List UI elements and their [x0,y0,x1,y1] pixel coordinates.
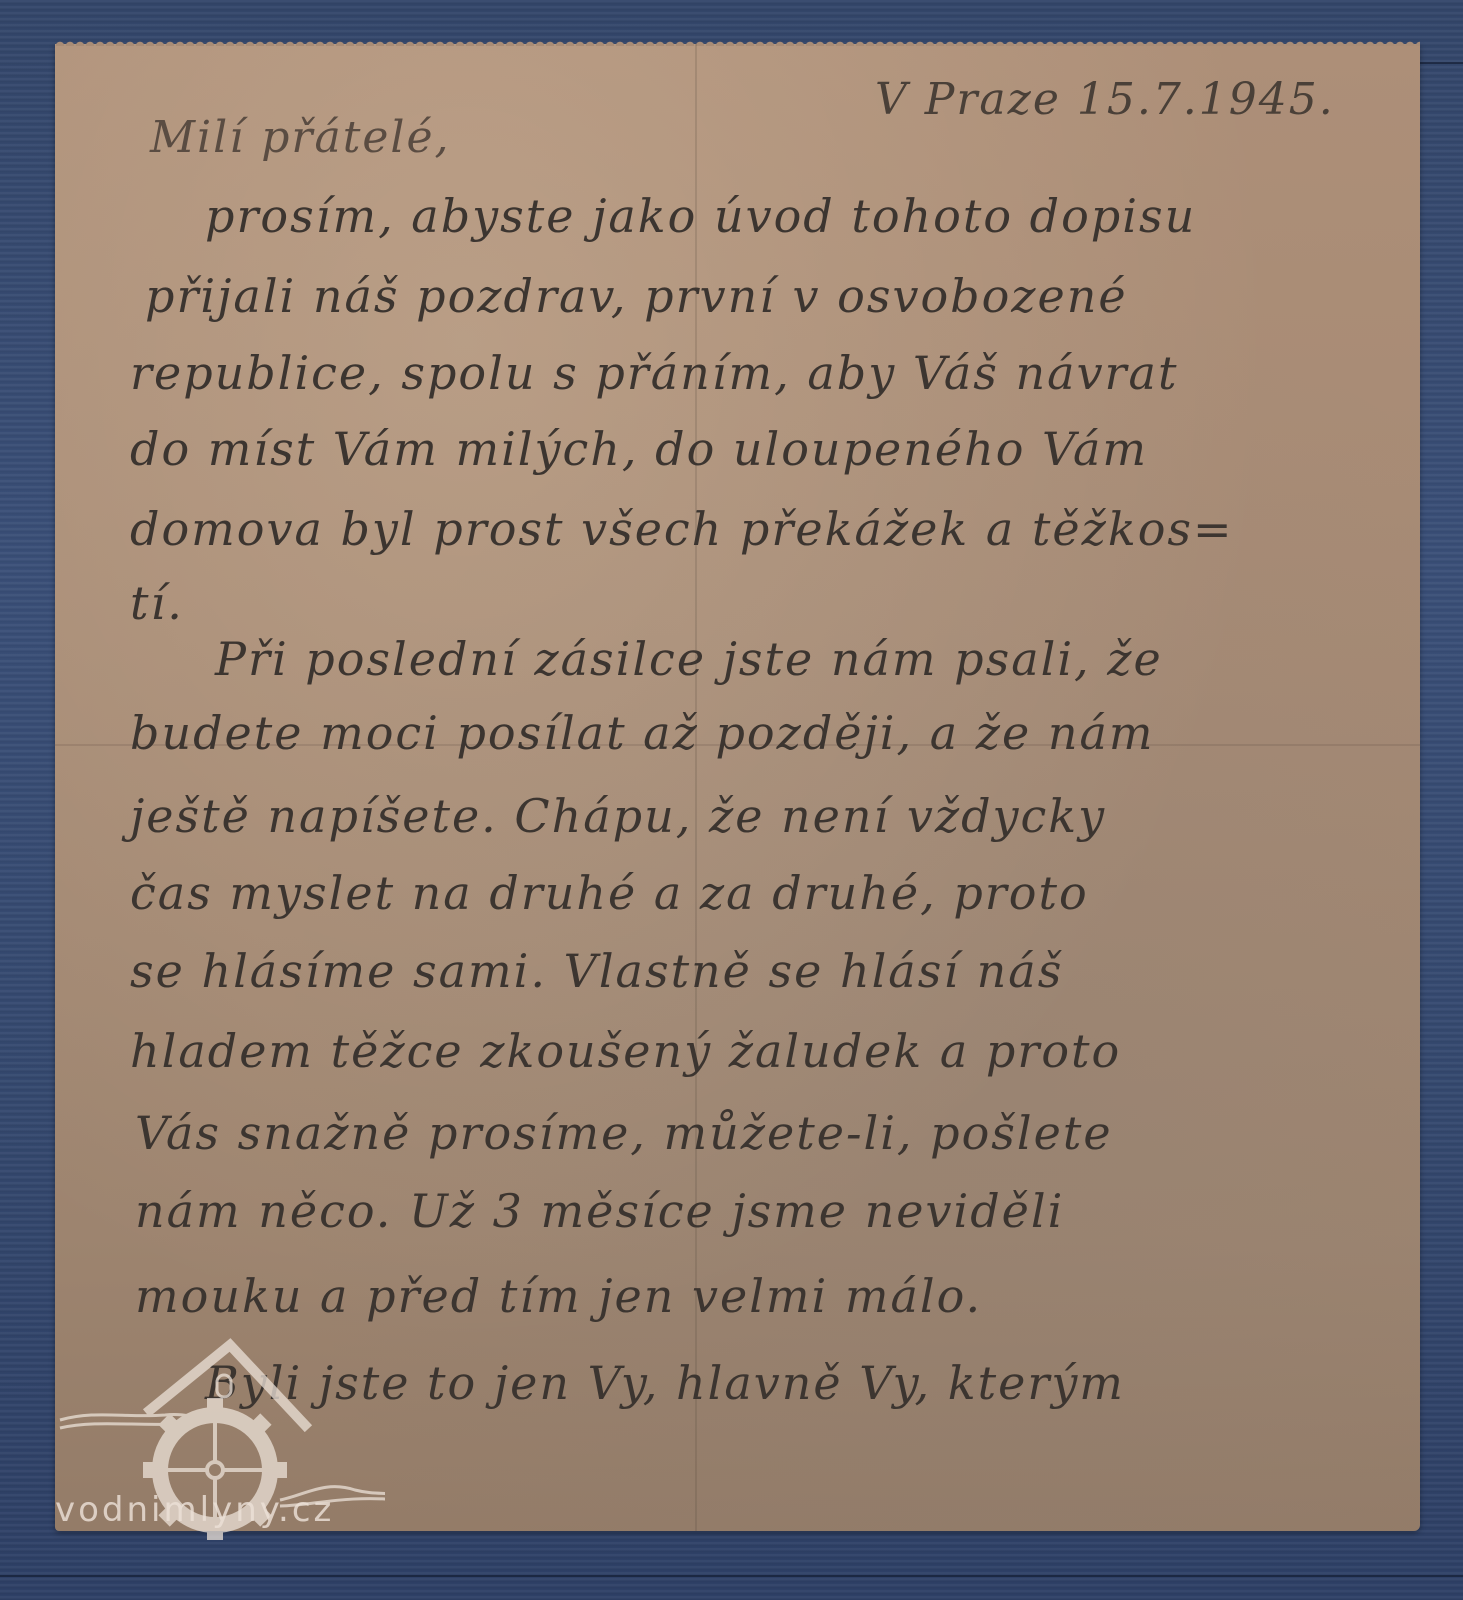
letter-line: přijali náš pozdrav, první v osvobozené [145,269,1128,323]
letter-line: čas myslet na druhé a za druhé, proto [130,866,1089,920]
letter-line: domova byl prost všech překážek a těžkos… [130,502,1234,556]
wood-seam [0,1575,1463,1577]
letter-line: do míst Vám milých, do uloupeného Vám [130,422,1148,476]
letter-line: nám něco. Už 3 měsíce jsme neviděli [135,1184,1064,1238]
letter-line: Vás snažně prosíme, můžete-li, pošlete [135,1106,1113,1160]
letter-line: budete moci posílat až později, a že nám [130,706,1155,760]
letter-line: prosím, abyste jako úvod tohoto dopisu [205,189,1196,243]
place-date: V Praze 15.7.1945. [875,74,1335,125]
watermark-text: vodnimlyny.cz [55,1490,334,1530]
letter-line: hladem těžce zkoušený žaludek a proto [130,1024,1121,1078]
letter-line: Při poslední zásilce jste nám psali, že [215,632,1163,686]
letter-line: se hlásíme sami. Vlastně se hlásí náš [130,944,1063,998]
letter-line: ještě napíšete. Chápu, že není vždycky [130,789,1106,843]
greeting: Milí přátelé, [150,112,451,163]
letter-line: republice, spolu s přáním, aby Váš návra… [130,346,1178,400]
letter-line: tí. [130,576,184,630]
